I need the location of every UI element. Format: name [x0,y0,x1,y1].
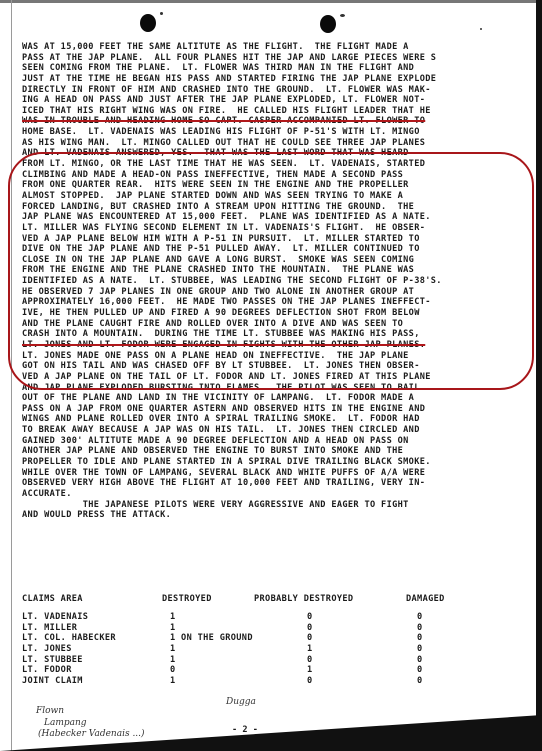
scan-speck [340,14,345,17]
text-line: ICED THAT HIS RIGHT WING WAS ON FIRE. HE… [22,106,532,117]
handwritten-note: (Habecker Vadenais ...) [38,729,145,739]
text-line: WAS IN TROUBLE AND HEADING HOME SO CAPT.… [22,116,532,127]
handwritten-note: Flown [36,706,64,716]
punch-hole [320,15,336,33]
text-line: IDENTIFIED AS A NATE. LT. STUBBEE, WAS L… [22,276,532,287]
scan-right-edge [536,0,542,751]
text-line: CRASH INTO A MOUNTAIN. DURING THE TIME L… [22,329,532,340]
scan-speck [480,28,482,30]
claim-probably: 0 [307,655,313,665]
text-line: TO BREAK AWAY BECAUSE A JAP WAS ON HIS T… [22,425,532,436]
text-line: AND THE PLANE CAUGHT FIRE AND ROLLED OVE… [22,319,532,330]
claim-probably: 0 [307,676,313,686]
text-line: THE JAPANESE PILOTS WERE VERY AGGRESSIVE… [22,500,532,511]
text-line: AND LT. VADENAIS ANSWERED, YES. THAT WAS… [22,148,532,159]
text-line: CLOSE IN ON THE JAP PLANE AND GAVE A LON… [22,255,532,266]
claims-row: JOINT CLAIM100 [22,676,522,687]
text-line: HE OBSERVED 7 JAP PLANES IN ONE GROUP AN… [22,287,532,298]
claim-damaged: 0 [417,655,423,665]
text-line: OUT OF THE PLANE AND LAND IN THE VICINIT… [22,393,532,404]
claim-pilot: LT. FODOR [22,665,72,675]
claim-damaged: 0 [417,676,423,686]
text-line: WAS AT 15,000 FEET THE SAME ALTITUTE AS … [22,42,532,53]
claims-row: LT. VADENAIS100 [22,612,522,623]
text-line: PASS AT THE JAP PLANE. ALL FOUR PLANES H… [22,53,532,64]
text-line: OBSERVED VERY HIGH ABOVE THE FLIGHT AT 1… [22,478,532,489]
text-line: AS HIS WING MAN. LT. MINGO CALLED OUT TH… [22,138,532,149]
claim-damaged: 0 [417,623,423,633]
claim-damaged: 0 [417,644,423,654]
claims-row: LT. JONES110 [22,644,522,655]
claim-probably: 1 [307,644,313,654]
text-line: JAP PLANE WAS ENCOUNTERED AT 15,000 FEET… [22,212,532,223]
report-body: WAS AT 15,000 FEET THE SAME ALTITUTE AS … [22,42,532,521]
handwritten-note: Lampang [44,718,87,728]
claim-pilot: JOINT CLAIM [22,676,83,686]
text-line: AND JAP PLANE EXPLODED BURSTING INTO FLA… [22,383,532,394]
handwritten-note: Dugga [226,697,256,707]
text-line: SEEN COMING FROM THE PLANE. LT. FLOWER W… [22,63,532,74]
text-line: HOME BASE. LT. VADENAIS WAS LEADING HIS … [22,127,532,138]
claim-probably: 0 [307,623,313,633]
claim-destroyed: 1 [170,644,176,654]
claims-row: LT. STUBBEE100 [22,655,522,666]
claim-pilot: LT. MILLER [22,623,77,633]
header-damaged: DAMAGED [406,594,445,604]
claim-pilot: LT. VADENAIS [22,612,88,622]
claim-probably: 0 [307,633,313,643]
text-line: PASS ON A JAP FROM ONE QUARTER ASTERN AN… [22,404,532,415]
header-claims-area: CLAIMS AREA [22,594,83,604]
claims-table-body: LT. VADENAIS100LT. MILLER100LT. COL. HAB… [22,612,522,687]
claim-destroyed: 1 [170,612,176,622]
text-line: FROM LT. MINGO, OR THE LAST TIME THAT HE… [22,159,532,170]
claim-destroyed: 1 ON THE GROUND [170,633,253,643]
text-line: PROPELLER TO IDLE AND PLANE STARTED IN A… [22,457,532,468]
text-line: FORCED LANDING, BUT CRASHED INTO A STREA… [22,202,532,213]
text-line: FROM ONE QUARTER REAR. HITS WERE SEEN IN… [22,180,532,191]
scan-speck [160,12,163,15]
text-line: LT. JONES MADE ONE PASS ON A PLANE HEAD … [22,351,532,362]
text-line: GAINED 300' ALTITUTE MADE A 90 DEGREE DE… [22,436,532,447]
text-line: ANOTHER JAP PLANE AND OBSERVED THE ENGIN… [22,446,532,457]
text-line: WINGS AND PLANE ROLLED OVER INTO A SPIRA… [22,414,532,425]
text-line: LT. JONES AND LT. FODOR WERE ENGAGED IN … [22,340,532,351]
claim-destroyed: 1 [170,676,176,686]
text-line: AND WOULD PRESS THE ATTACK. [22,510,532,521]
punch-hole [140,14,156,32]
text-line: ALMOST STOPPED. JAP PLANE STARTED DOWN A… [22,191,532,202]
claim-pilot: LT. JONES [22,644,72,654]
claim-destroyed: 0 [170,665,176,675]
claim-damaged: 0 [417,665,423,675]
text-line: GOT ON HIS TAIL AND WAS CHASED OFF BY LT… [22,361,532,372]
claim-probably: 0 [307,612,313,622]
scan-top-edge [0,0,542,3]
scan-left-edge [11,0,12,751]
text-line: DIRECTLY IN FRONT OF HIM AND CRASHED INT… [22,85,532,96]
header-destroyed: DESTROYED [162,594,212,604]
text-line: FROM THE ENGINE AND THE PLANE CRASHED IN… [22,265,532,276]
text-line: APPROXIMATELY 16,000 FEET. HE MADE TWO P… [22,297,532,308]
text-line: VED A JAP PLANE ON THE TAIL OF LT. FODOR… [22,372,532,383]
claims-table-header: CLAIMS AREA DESTROYED PROBABLY DESTROYED… [22,594,522,612]
claims-row: LT. MILLER100 [22,623,522,634]
text-line: DIVE ON THE JAP PLANE AND THE P-51 PULLE… [22,244,532,255]
claim-probably: 1 [307,665,313,675]
claims-row: LT. COL. HABECKER1 ON THE GROUND00 [22,633,522,644]
page-number: - 2 - [232,725,258,735]
claim-damaged: 0 [417,633,423,643]
claim-pilot: LT. STUBBEE [22,655,83,665]
claim-damaged: 0 [417,612,423,622]
claim-pilot: LT. COL. HABECKER [22,633,116,643]
text-line: LT. MILLER WAS FLYING SECOND ELEMENT IN … [22,223,532,234]
text-line: IVE, HE THEN PULLED UP AND FIRED A 90 DE… [22,308,532,319]
header-probably-destroyed: PROBABLY DESTROYED [254,594,353,604]
claim-destroyed: 1 [170,623,176,633]
claims-row: LT. FODOR010 [22,665,522,676]
text-line: ACCURATE. [22,489,532,500]
text-line: JUST AT THE TIME HE BEGAN HIS PASS AND S… [22,74,532,85]
text-line: WHILE OVER THE TOWN OF LAMPANG, SEVERAL … [22,468,532,479]
text-line: ING A HEAD ON PASS AND JUST AFTER THE JA… [22,95,532,106]
claims-table: CLAIMS AREA DESTROYED PROBABLY DESTROYED… [22,594,522,687]
claim-destroyed: 1 [170,655,176,665]
text-line: CLIMBING AND MADE A HEAD-ON PASS INEFFEC… [22,170,532,181]
text-line: VED A JAP PLANE BELOW HIM WITH A P-51 IN… [22,234,532,245]
